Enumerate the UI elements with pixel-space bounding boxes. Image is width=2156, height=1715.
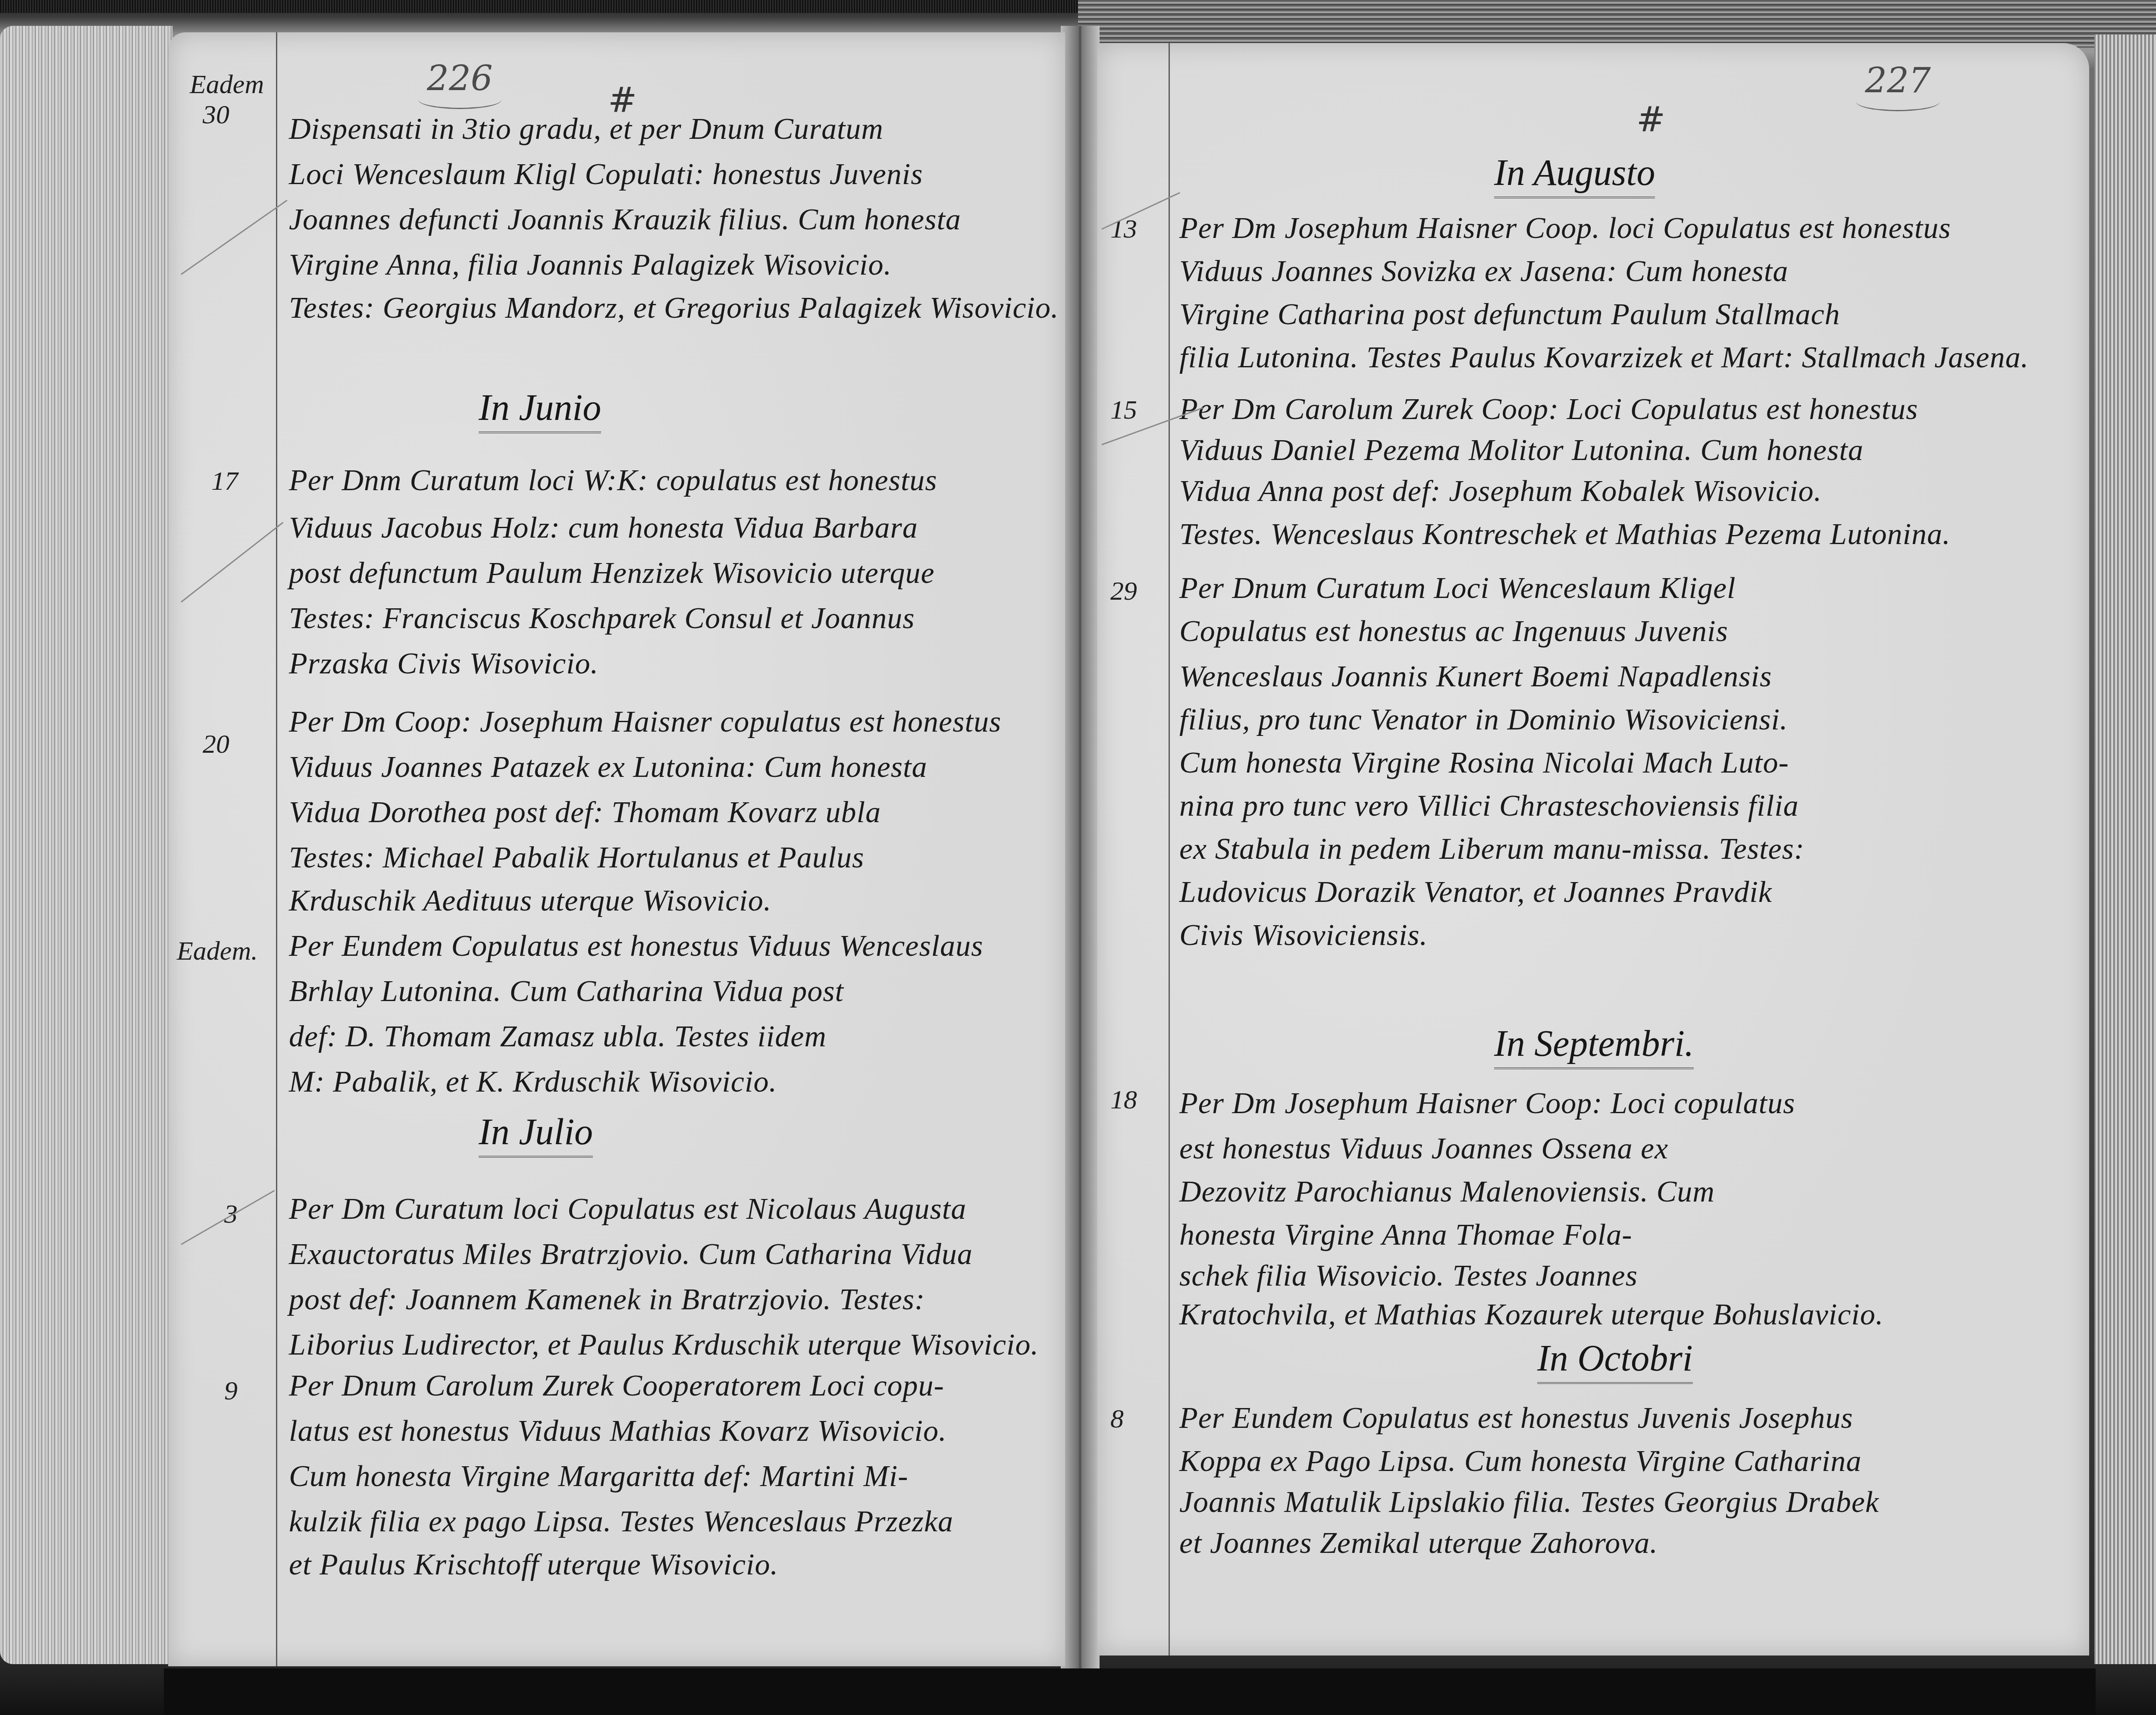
entry-line: Per Eundem Copulatus est honestus Viduus…: [289, 929, 983, 964]
margin-rule: [1169, 43, 1170, 1656]
margin-day: 15: [1110, 397, 1137, 423]
pencil-mark: [181, 1190, 275, 1245]
entry-line: Koppa ex Pago Lipsa. Cum honesta Virgine…: [1179, 1444, 1861, 1479]
entry-line: Brhlay Lutonina. Cum Catharina Vidua pos…: [289, 974, 844, 1009]
margin-date: Eadem: [190, 71, 264, 98]
entry-line: Viduus Jacobus Holz: cum honesta Vidua B…: [289, 511, 918, 545]
entry-line: filia Lutonina. Testes Paulus Kovarzizek…: [1179, 341, 2029, 375]
entry-line: post def: Joannem Kamenek in Bratrzjovio…: [289, 1283, 925, 1317]
folio-number: 227: [1865, 60, 1931, 100]
entry-line: Per Dnum Curatum Loci Wenceslaum Kligel: [1179, 571, 1736, 606]
entry-line: Wenceslaus Joannis Kunert Boemi Napadlen…: [1179, 660, 1772, 694]
entry-line: Testes: Franciscus Koschparek Consul et …: [289, 601, 915, 636]
entry-line: Civis Wisoviciensis.: [1179, 918, 1428, 953]
entry-line: Per Dm Curatum loci Copulatus est Nicola…: [289, 1192, 966, 1227]
margin-rule: [276, 32, 277, 1666]
entry-line: Per Dnm Curatum loci W:K: copulatus est …: [289, 463, 937, 498]
margin-day: 3: [224, 1201, 238, 1227]
margin-date: Eadem.: [177, 938, 258, 964]
entry-line: Per Dm Carolum Zurek Coop: Loci Copulatu…: [1179, 392, 1918, 427]
month-heading: In Junio: [479, 386, 601, 433]
entry-line: Per Dm Josephum Haisner Coop: Loci copul…: [1179, 1086, 1795, 1121]
month-heading: In Julio: [479, 1110, 593, 1158]
entry-line: Krduschik Aedituus uterque Wisovicio.: [289, 884, 771, 918]
margin-day: 17: [211, 468, 238, 494]
entry-line: Joannes defuncti Joannis Krauzik filius.…: [289, 203, 961, 237]
entry-line: Kratochvila, et Mathias Kozaurek uterque…: [1179, 1298, 1883, 1332]
entry-line: def: D. Thomam Zamasz ubla. Testes iidem: [289, 1020, 827, 1054]
entry-line: Exauctoratus Miles Bratrzjovio. Cum Cath…: [289, 1237, 973, 1272]
page-stack-right: [2094, 34, 2156, 1664]
header-mark: #: [1636, 99, 1665, 139]
entry-line: Testes. Wenceslaus Kontreschek et Mathia…: [1179, 517, 1950, 552]
entry-line: schek filia Wisovicio. Testes Joannes: [1179, 1259, 1638, 1293]
month-heading: In Augusto: [1494, 151, 1655, 198]
entry-line: Virgine Catharina post defunctum Paulum …: [1179, 297, 1840, 332]
entry-line: kulzik filia ex pago Lipsa. Testes Wence…: [289, 1505, 953, 1539]
pencil-mark: [181, 522, 283, 603]
entry-line: Vidua Dorothea post def: Thomam Kovarz u…: [289, 795, 881, 830]
entry-line: latus est honestus Viduus Mathias Kovarz…: [289, 1414, 947, 1449]
entry-line: Viduus Joannes Sovizka ex Jasena: Cum ho…: [1179, 254, 1788, 289]
entry-line: nina pro tunc vero Villici Chrasteschovi…: [1179, 789, 1799, 823]
entry-line: honesta Virgine Anna Thomae Fola-: [1179, 1218, 1633, 1252]
entry-line: post defunctum Paulum Henzizek Wisovicio…: [289, 556, 935, 591]
month-heading: In Septembri.: [1494, 1022, 1694, 1069]
open-book: 226 # Eadem 30 Dispensati in 3tio gradu,…: [0, 0, 2156, 1715]
entry-line: filius, pro tunc Venator in Dominio Wiso…: [1179, 703, 1788, 737]
margin-day: 20: [203, 731, 229, 757]
pencil-mark: [181, 200, 287, 275]
entry-line: Przaska Civis Wisovicio.: [289, 647, 599, 681]
entry-line: et Paulus Krischtoff uterque Wisovicio.: [289, 1548, 778, 1582]
right-page: 227 # In Augusto 13 Per Dm Josephum Hais…: [1097, 43, 2089, 1656]
entry-line: Vidua Anna post def: Josephum Kobalek Wi…: [1179, 474, 1822, 509]
bottom-shadow: [164, 1668, 2096, 1715]
margin-day: 29: [1110, 578, 1137, 604]
entry-line: Per Eundem Copulatus est honestus Juveni…: [1179, 1401, 1853, 1436]
entry-line: Liborius Ludirector, et Paulus Krduschik…: [289, 1328, 1039, 1362]
entry-line: Cum honesta Virgine Rosina Nicolai Mach …: [1179, 746, 1789, 780]
entry-line: Ludovicus Dorazik Venator, et Joannes Pr…: [1179, 875, 1772, 910]
margin-day: 18: [1110, 1086, 1137, 1113]
entry-line: M: Pabalik, et K. Krduschik Wisovicio.: [289, 1065, 777, 1099]
entry-line: Virgine Anna, filia Joannis Palagizek Wi…: [289, 248, 892, 282]
entry-line: est honestus Viduus Joannes Ossena ex: [1179, 1132, 1668, 1166]
entry-line: Copulatus est honestus ac Ingenuus Juven…: [1179, 614, 1728, 649]
margin-date: 30: [203, 101, 229, 128]
entry-line: Joannis Matulik Lipslakio filia. Testes …: [1179, 1485, 1879, 1520]
entry-line: Per Dm Josephum Haisner Coop. loci Copul…: [1179, 211, 1951, 246]
left-page: 226 # Eadem 30 Dispensati in 3tio gradu,…: [168, 32, 1065, 1666]
entry-line: et Joannes Zemikal uterque Zahorova.: [1179, 1526, 1658, 1561]
entry-line: Testes: Georgius Mandorz, et Gregorius P…: [289, 291, 1059, 325]
margin-day: 8: [1110, 1405, 1124, 1432]
entry-line: Viduus Joannes Patazek ex Lutonina: Cum …: [289, 750, 928, 785]
entry-line: Per Dm Coop: Josephum Haisner copulatus …: [289, 705, 1001, 739]
margin-day: 9: [224, 1377, 238, 1404]
book-gutter: [1061, 26, 1100, 1677]
entry-line: Testes: Michael Pabalik Hortulanus et Pa…: [289, 841, 864, 875]
entry-line: Loci Wenceslaum Kligl Copulati: honestus…: [289, 157, 923, 192]
folio-number: 226: [427, 58, 493, 98]
entry-line: Dispensati in 3tio gradu, et per Dnum Cu…: [289, 112, 884, 147]
entry-line: Cum honesta Virgine Margaritta def: Mart…: [289, 1459, 909, 1494]
month-heading: In Octobri: [1537, 1336, 1693, 1384]
entry-line: Per Dnum Carolum Zurek Cooperatorem Loci…: [289, 1369, 944, 1403]
page-stack-left: [0, 26, 172, 1664]
page-edge-top: [1078, 0, 2156, 47]
entry-line: ex Stabula in pedem Liberum manu-missa. …: [1179, 832, 1805, 867]
entry-line: Dezovitz Parochianus Malenoviensis. Cum: [1179, 1175, 1715, 1209]
entry-line: Viduus Daniel Pezema Molitor Lutonina. C…: [1179, 433, 1864, 468]
